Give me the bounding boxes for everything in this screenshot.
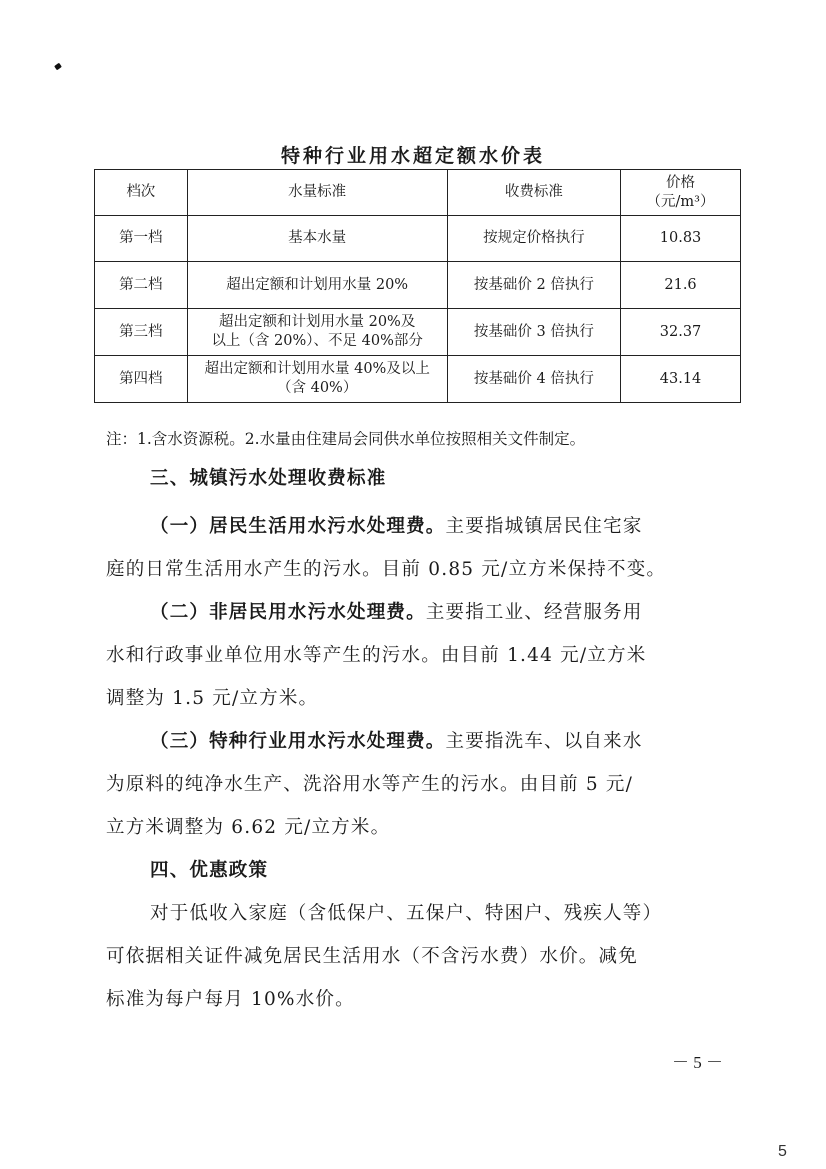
tier-cell: 第三档 bbox=[95, 309, 188, 356]
charge-cell: 按基础价 2 倍执行 bbox=[447, 262, 620, 309]
tier-cell: 第四档 bbox=[95, 356, 188, 403]
table-header-row: 档次 水量标准 收费标准 价格 （元/m³） bbox=[95, 170, 741, 216]
header-volume: 水量标准 bbox=[187, 170, 447, 216]
item3-text: 主要指洗车、以自来水 bbox=[446, 731, 643, 752]
section3-item3-line3: 立方米调整为 6.62 元/立方米。 bbox=[106, 813, 390, 839]
header-price: 价格 （元/m³） bbox=[621, 170, 741, 216]
item3-title: （三）特种行业用水污水处理费。 bbox=[150, 731, 446, 752]
volume-cell: 超出定额和计划用水量 40%及以上 （含 40%） bbox=[187, 356, 447, 403]
section3-heading: 三、城镇污水处理收费标准 bbox=[150, 464, 386, 490]
section3-item3-line1: （三）特种行业用水污水处理费。主要指洗车、以自来水 bbox=[150, 727, 643, 753]
volume-line: 超出定额和计划用水量 20%及 bbox=[192, 313, 443, 332]
volume-line: （含 40%） bbox=[192, 379, 443, 398]
tier-cell: 第二档 bbox=[95, 262, 188, 309]
tier-cell: 第一档 bbox=[95, 216, 188, 262]
price-cell: 32.37 bbox=[621, 309, 741, 356]
section3-item2-line2: 水和行政事业单位用水等产生的污水。由目前 1.44 元/立方米 bbox=[106, 641, 646, 667]
section3-item3-line2: 为原料的纯净水生产、洗浴用水等产生的污水。由目前 5 元/ bbox=[106, 770, 633, 796]
water-price-table: 档次 水量标准 收费标准 价格 （元/m³） 第一档 基本水量 按规定价格执行 … bbox=[94, 169, 741, 403]
table-row: 第三档 超出定额和计划用水量 20%及 以上（含 20%）、不足 40%部分 按… bbox=[95, 309, 741, 356]
header-charge: 收费标准 bbox=[447, 170, 620, 216]
volume-line: 以上（含 20%）、不足 40%部分 bbox=[192, 332, 443, 351]
page-number: － 5 － bbox=[672, 1048, 723, 1073]
item1-title: （一）居民生活用水污水处理费。 bbox=[150, 516, 446, 537]
price-cell: 21.6 bbox=[621, 262, 741, 309]
table-note: 注：1.含水资源税。2.水量由住建局会同供水单位按照相关文件制定。 bbox=[106, 427, 585, 449]
section4-line2: 可依据相关证件减免居民生活用水（不含污水费）水价。减免 bbox=[106, 942, 638, 968]
price-cell: 10.83 bbox=[621, 216, 741, 262]
volume-cell: 超出定额和计划用水量 20%及 以上（含 20%）、不足 40%部分 bbox=[187, 309, 447, 356]
volume-cell: 基本水量 bbox=[187, 216, 447, 262]
scan-mark bbox=[54, 63, 62, 71]
section3-item2-line1: （二）非居民用水污水处理费。主要指工业、经营服务用 bbox=[150, 598, 643, 624]
header-price-label: 价格 bbox=[625, 174, 736, 193]
table-title: 特种行业用水超定额水价表 bbox=[0, 141, 826, 168]
section4-line3: 标准为每户每月 10%水价。 bbox=[106, 985, 355, 1011]
item2-text: 主要指工业、经营服务用 bbox=[426, 602, 643, 623]
section3-item1-line2: 庭的日常生活用水产生的污水。目前 0.85 元/立方米保持不变。 bbox=[106, 555, 666, 581]
section3-item1-line1: （一）居民生活用水污水处理费。主要指城镇居民住宅家 bbox=[150, 512, 643, 538]
section3-item2-line3: 调整为 1.5 元/立方米。 bbox=[106, 684, 318, 710]
charge-cell: 按规定价格执行 bbox=[447, 216, 620, 262]
item1-text: 主要指城镇居民住宅家 bbox=[446, 516, 643, 537]
volume-line: 超出定额和计划用水量 40%及以上 bbox=[192, 360, 443, 379]
price-cell: 43.14 bbox=[621, 356, 741, 403]
section4-line1: 对于低收入家庭（含低保户、五保户、特困户、残疾人等） bbox=[150, 899, 662, 925]
charge-cell: 按基础价 3 倍执行 bbox=[447, 309, 620, 356]
volume-cell: 超出定额和计划用水量 20% bbox=[187, 262, 447, 309]
table-row: 第一档 基本水量 按规定价格执行 10.83 bbox=[95, 216, 741, 262]
table-row: 第二档 超出定额和计划用水量 20% 按基础价 2 倍执行 21.6 bbox=[95, 262, 741, 309]
header-tier: 档次 bbox=[95, 170, 188, 216]
header-price-unit: （元/m³） bbox=[625, 193, 736, 212]
charge-cell: 按基础价 4 倍执行 bbox=[447, 356, 620, 403]
page-index: 5 bbox=[778, 1143, 787, 1161]
item2-title: （二）非居民用水污水处理费。 bbox=[150, 602, 426, 623]
table-row: 第四档 超出定额和计划用水量 40%及以上 （含 40%） 按基础价 4 倍执行… bbox=[95, 356, 741, 403]
section4-heading: 四、优惠政策 bbox=[150, 856, 268, 882]
